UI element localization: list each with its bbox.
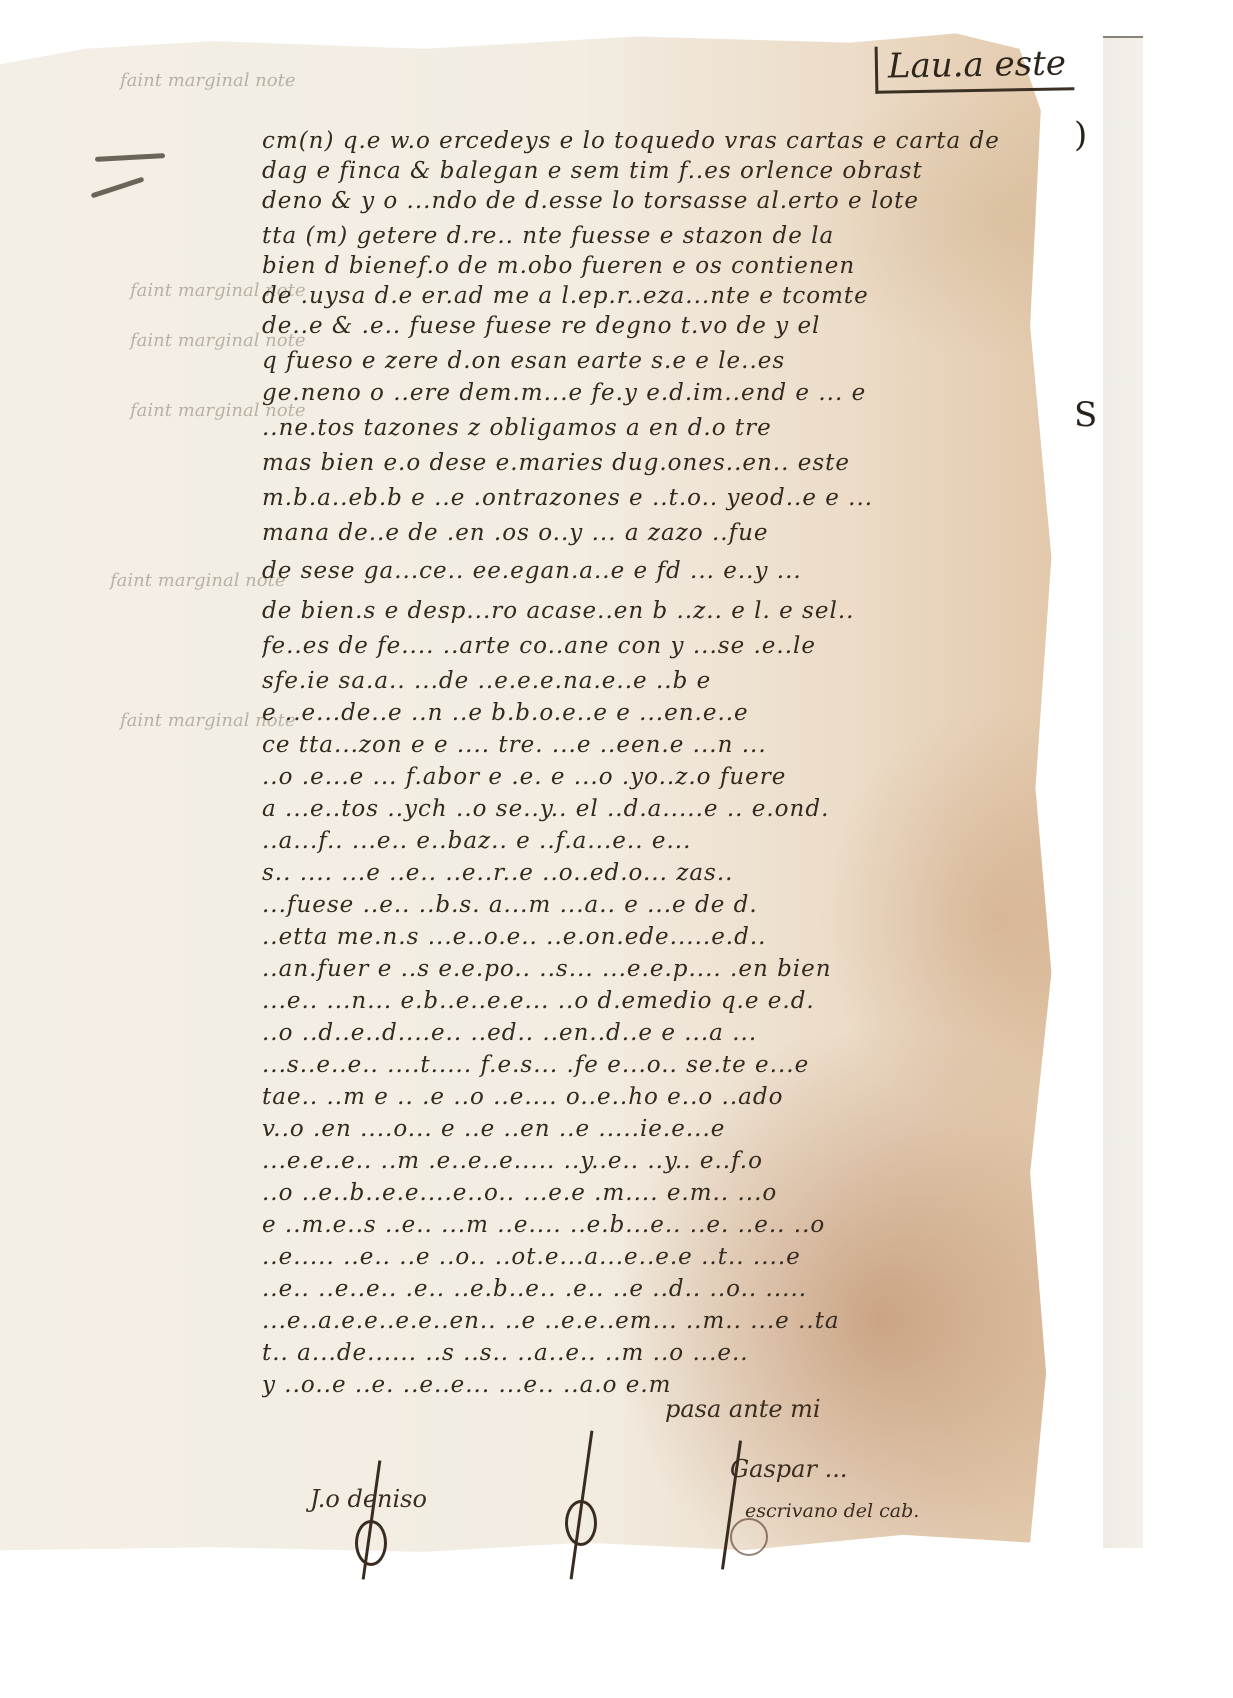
text-line: ..a...f.. ...e.. e..baz.. e ..f.a...e.. … xyxy=(262,828,1052,854)
text-line: y ..o..e ..e. ..e..e... ...e.. ..a.o e.m xyxy=(262,1372,1052,1398)
text-line: ...e..a.e.e..e.e..en.. ..e ..e.e..em... … xyxy=(262,1308,1052,1334)
text-line: ce tta...zon e e .... tre. ...e ..een.e … xyxy=(262,732,1052,758)
text-line: deno & y o ...ndo de d.esse lo torsasse … xyxy=(262,188,1052,214)
text-line: t.. a...de...... ..s ..s.. ..a..e.. ..m … xyxy=(262,1340,1052,1366)
text-line: m.b.a..eb.b e ..e .ontrazones e ..t.o.. … xyxy=(262,485,1052,511)
text-line: ...fuese ..e.. ..b.s. a...m ...a.. e ...… xyxy=(262,892,1052,918)
text-line: ..e..... ..e.. ..e ..o.. ..ot.e...a...e.… xyxy=(262,1244,1052,1270)
text-line: ..o .e...e ... f.abor e .e. e ...o .yo..… xyxy=(262,764,1052,790)
text-line: ...e.e..e.. ..m .e..e..e..... ..y..e.. .… xyxy=(262,1148,1052,1174)
text-line: ..etta me.n.s ...e..o.e.. ..e.on.ede....… xyxy=(262,924,1052,950)
signature-rubric xyxy=(565,1500,597,1546)
text-line: dag e finca & balegan e sem tim f..es or… xyxy=(262,158,1052,184)
folio-header-annotation: Lau.a este xyxy=(875,43,1075,93)
text-line: de sese ga...ce.. ee.egan.a..e e fd ... … xyxy=(262,558,1052,584)
signature: J.o deniso xyxy=(310,1485,427,1513)
text-line: mana de..e de .en .os o..y ... a zazo ..… xyxy=(262,520,1052,546)
signature: Gaspar ... xyxy=(730,1455,847,1483)
text-line: cm(n) q.e w.o ercedeys e lo toquedo vras… xyxy=(262,128,1052,154)
text-line: fe..es de fe.... ..arte co..ane con y ..… xyxy=(262,633,1052,659)
adjacent-page-edge xyxy=(1103,36,1143,1548)
text-line: a ...e..tos ..ych ..o se..y.. el ..d.a..… xyxy=(262,796,1052,822)
text-line: q fueso e zere d.on esan earte s.e e le.… xyxy=(262,348,1052,374)
text-line: v..o .en ....o... e ..e ..en ..e .....ie… xyxy=(262,1116,1052,1142)
text-line: ..o ..e..b..e.e....e..o.. ...e.e .m.... … xyxy=(262,1180,1052,1206)
margin-note: faint marginal note xyxy=(120,70,296,91)
text-line: de .uysa d.e er.ad me a l.ep.r..eza...nt… xyxy=(262,283,1052,309)
text-line: sfe.ie sa.a.. ...de ..e.e.e.na.e..e ..b … xyxy=(262,668,1052,694)
text-line: ...e.. ...n... e.b..e..e.e... ..o d.emed… xyxy=(262,988,1052,1014)
bleed-through-mark: S xyxy=(1074,395,1097,435)
notary-attestation: pasa ante mi xyxy=(665,1395,821,1423)
text-line: de bien.s e desp...ro acase..en b ..z.. … xyxy=(262,598,1052,624)
text-line: ..o ..d..e..d....e.. ..ed.. ..en..d..e e… xyxy=(262,1020,1052,1046)
text-line: bien d bienef.o de m.obo fueren e os con… xyxy=(262,253,1052,279)
text-line: ge.neno o ..ere dem.m...e fe.y e.d.im..e… xyxy=(262,380,1052,406)
signature-title: escrivano del cab. xyxy=(745,1500,919,1522)
text-line: e ..e...de..e ..n ..e b.b.o.e..e e ...en… xyxy=(262,700,1052,726)
text-line: ..e.. ..e..e.. .e.. ..e.b..e.. .e.. ..e … xyxy=(262,1276,1052,1302)
text-line: ..an.fuer e ..s e.e.po.. ..s... ...e.e.p… xyxy=(262,956,1052,982)
text-line: e ..m.e..s ..e.. ...m ..e.... ..e.b...e.… xyxy=(262,1212,1052,1238)
notary-seal-mark xyxy=(730,1518,768,1556)
text-line: tta (m) getere d.re.. nte fuesse e stazo… xyxy=(262,223,1052,249)
text-line: s.. .... ...e ..e.. ..e..r..e ..o..ed.o.… xyxy=(262,860,1052,886)
text-line: ..ne.tos tazones z obligamos a en d.o tr… xyxy=(262,415,1052,441)
text-line: de..e & .e.. fuese fuese re degno t.vo d… xyxy=(262,313,1052,339)
signature-rubric xyxy=(355,1520,387,1566)
margin-note: faint marginal note xyxy=(110,570,286,591)
bleed-through-mark: ) xyxy=(1074,115,1087,155)
text-line: mas bien e.o dese e.maries dug.ones..en.… xyxy=(262,450,1052,476)
text-line: tae.. ..m e .. .e ..o ..e.... o..e..ho e… xyxy=(262,1084,1052,1110)
text-line: ...s..e..e.. ....t..... f.e.s... .fe e..… xyxy=(262,1052,1052,1078)
